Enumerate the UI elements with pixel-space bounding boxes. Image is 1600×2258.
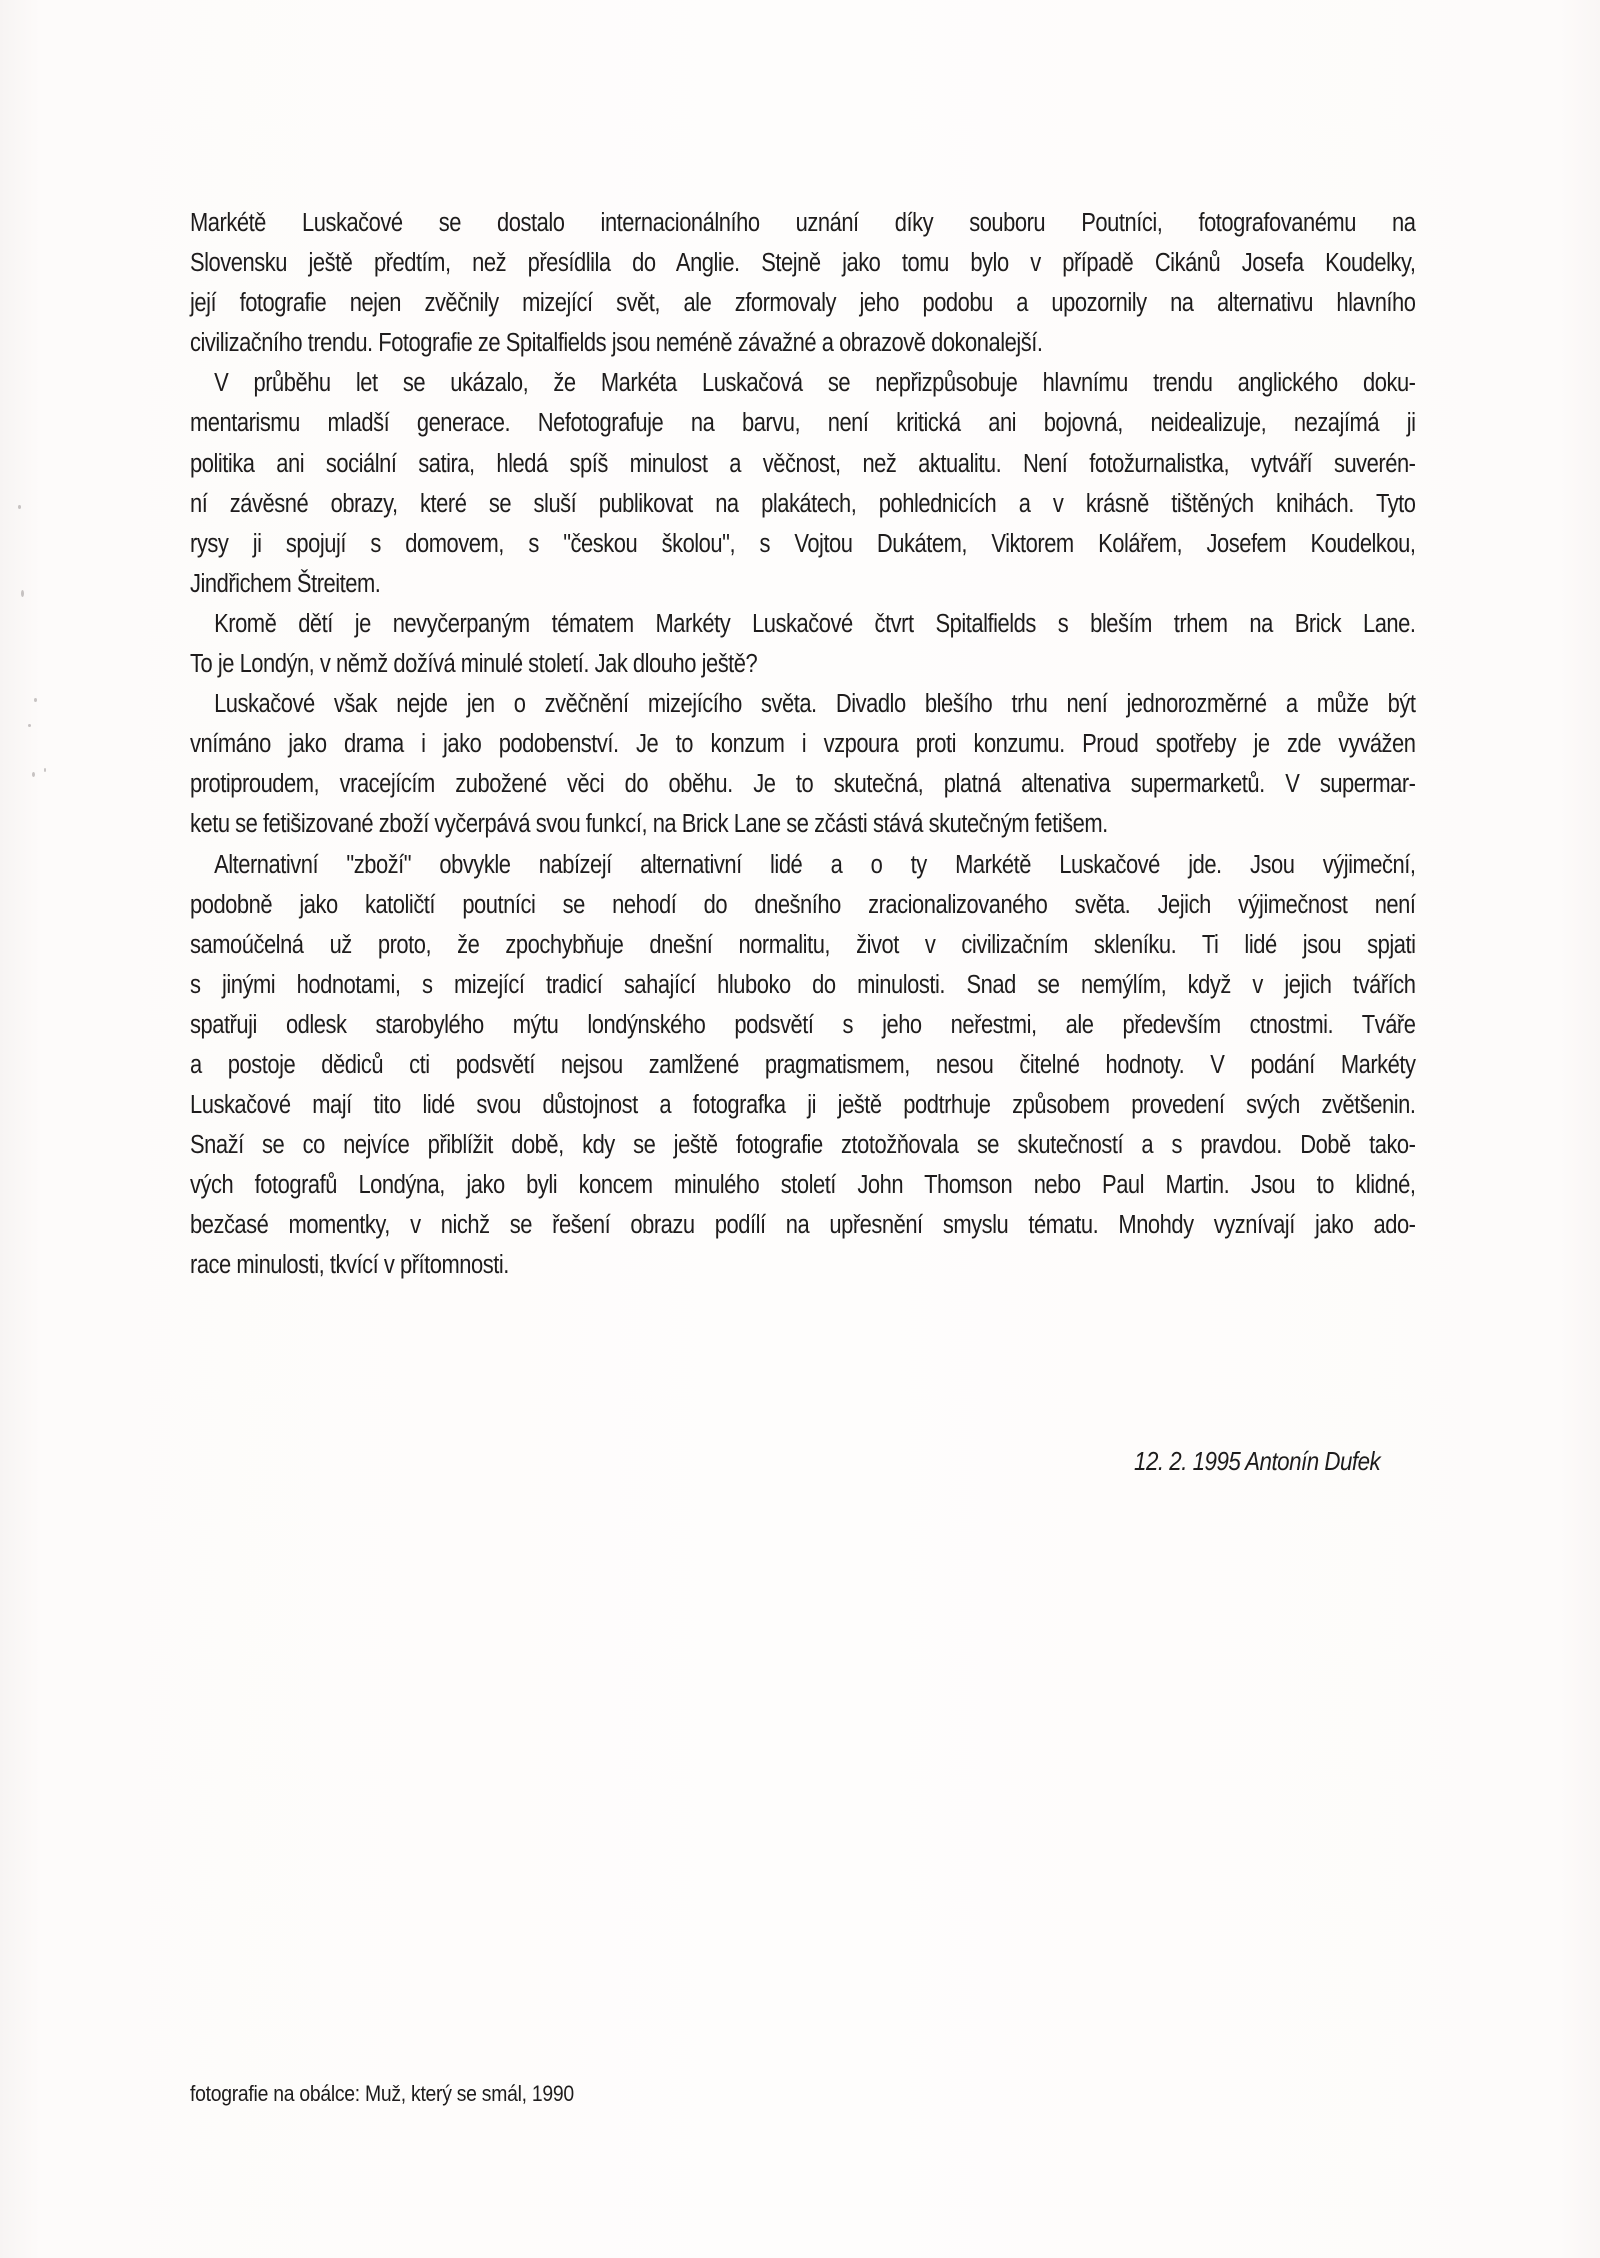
text-line: Alternativní "zboží" obvykle nabízejí al… [190, 845, 1416, 885]
text-line: To je Londýn, v němž dožívá minulé stole… [190, 644, 1416, 684]
text-line: rysy ji spojují s domovem, s "českou ško… [190, 524, 1416, 564]
text-line: Kromě dětí je nevyčerpaným tématem Marké… [190, 604, 1416, 644]
scan-speck [32, 772, 35, 777]
text-line: samoúčelná už proto, že zpochybňuje dneš… [190, 925, 1416, 965]
text-line: s jinými hodnotami, s mizející tradicí s… [190, 965, 1416, 1005]
scan-speck [34, 698, 37, 702]
text-line: Luskačové však nejde jen o zvěčnění mize… [190, 684, 1416, 724]
text-line: V průběhu let se ukázalo, že Markéta Lus… [190, 363, 1416, 403]
scanned-page: Markétě Luskačové se dostalo internacion… [0, 0, 1600, 2258]
text-line: Luskačové mají tito lidé svou důstojnost… [190, 1085, 1416, 1125]
cover-photo-caption: fotografie na obálce: Muž, který se smál… [190, 2081, 574, 2107]
text-line: race minulosti, tkvící v přítomnosti. [190, 1245, 1416, 1285]
article-body: Markétě Luskačové se dostalo internacion… [190, 203, 1416, 1286]
text-line: politika ani sociální satira, hledá spíš… [190, 444, 1416, 484]
text-line: vých fotografů Londýna, jako byli koncem… [190, 1165, 1416, 1205]
scan-speck [28, 724, 31, 727]
text-line: vnímáno jako drama i jako podobenství. J… [190, 724, 1416, 764]
paragraph-5: Alternativní "zboží" obvykle nabízejí al… [190, 845, 1416, 1286]
scan-speck [21, 590, 24, 597]
text-line: mentarismu mladší generace. Nefotografuj… [190, 403, 1416, 443]
paragraph-3: Kromě dětí je nevyčerpaným tématem Marké… [190, 604, 1416, 684]
paragraph-4: Luskačové však nejde jen o zvěčnění mize… [190, 684, 1416, 844]
text-line: její fotografie nejen zvěčnily mizející … [190, 283, 1416, 323]
text-line: a postoje dědiců cti podsvětí nejsou zam… [190, 1045, 1416, 1085]
text-line: Snaží se co nejvíce přiblížit době, kdy … [190, 1125, 1416, 1165]
text-line: protiproudem, vracejícím zubožené věci d… [190, 764, 1416, 804]
text-line: Slovensku ještě předtím, než přesídlila … [190, 243, 1416, 283]
author-signature: 12. 2. 1995 Antonín Dufek [1134, 1446, 1380, 1477]
paragraph-2: V průběhu let se ukázalo, že Markéta Lus… [190, 363, 1416, 604]
text-line: ketu se fetišizované zboží vyčerpává svo… [190, 804, 1416, 844]
text-line: Markétě Luskačové se dostalo internacion… [190, 203, 1416, 243]
text-line: civilizačního trendu. Fotografie ze Spit… [190, 323, 1416, 363]
scan-speck [44, 768, 46, 772]
text-line: spatřuji odlesk starobylého mýtu londýns… [190, 1005, 1416, 1045]
scan-speck [18, 505, 21, 509]
text-line: Jindřichem Štreitem. [190, 564, 1416, 604]
paragraph-1: Markétě Luskačové se dostalo internacion… [190, 203, 1416, 363]
text-line: ní závěsné obrazy, které se sluší publik… [190, 484, 1416, 524]
text-line: podobně jako katoličtí poutníci se nehod… [190, 885, 1416, 925]
text-line: bezčasé momentky, v nichž se řešení obra… [190, 1205, 1416, 1245]
